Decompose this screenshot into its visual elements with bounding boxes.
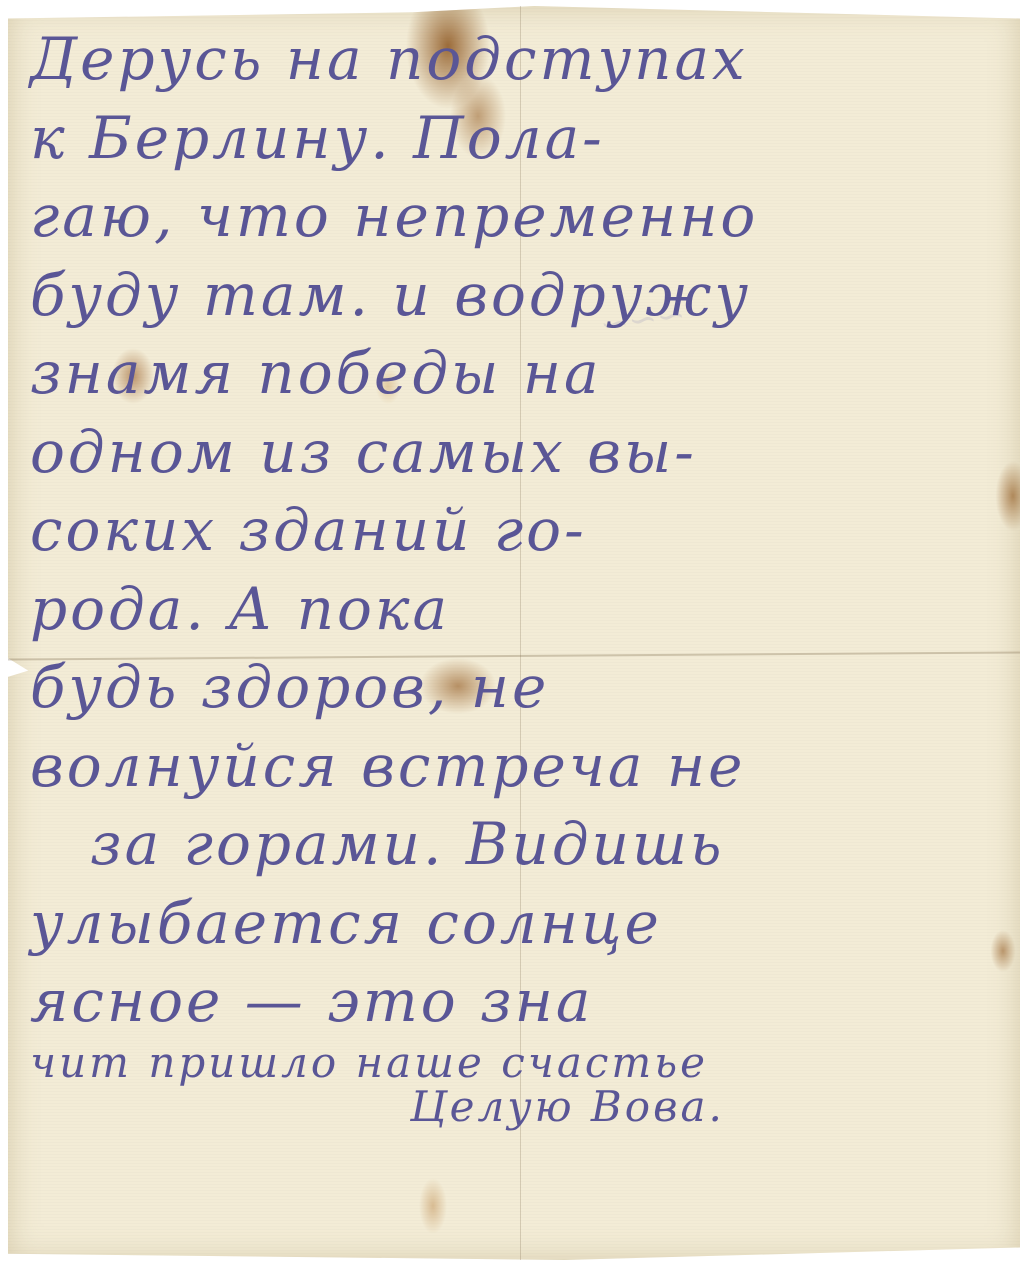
letter-line-14: чит пришло наше счастье [30,1041,1000,1085]
letter-line-2: к Берлину. Пола- [30,99,1000,178]
letter-line-7: соких зданий го- [30,491,1000,570]
letter-line-5: знамя победы на [30,334,1000,413]
letter-line-8: рода. А пока [30,570,1000,649]
letter-line-11: за горами. Видишь [30,805,1000,884]
letter-line-4: буду там. и водружу [30,256,1000,335]
letter-line-12: улыбается солнце [30,884,1000,963]
letter-signature: Целую Вова. [30,1085,1000,1129]
letter-line-10: волнуйся встреча не [30,727,1000,806]
letter-line-1: Дерусь на подступах [30,20,1000,99]
letter-line-9: будь здоров, не [30,648,1000,727]
letter-line-6: одном из самых вы- [30,413,1000,492]
letter-body: Дерусь на подступах к Берлину. Пола- гаю… [30,20,1000,1129]
letter-line-13: ясное — это зна [30,962,1000,1041]
letter-line-3: гаю, что непременно [30,177,1000,256]
